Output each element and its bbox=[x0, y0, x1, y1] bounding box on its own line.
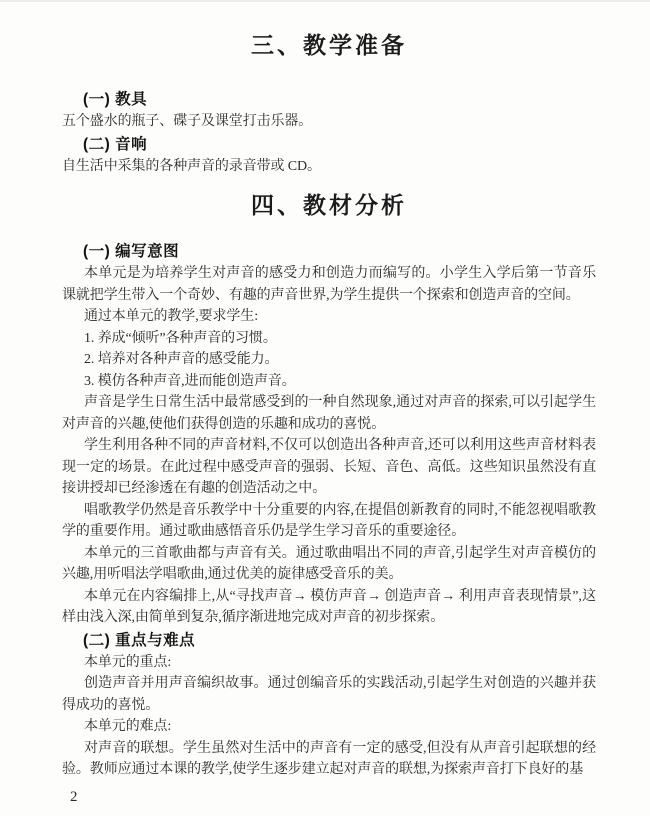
para-key-point-detail: 创造声音并用声音编织故事。通过创编音乐的实践活动,引起学生对创造的兴趣并获得成功… bbox=[62, 673, 596, 716]
section-title-material-analysis: 四、教材分析 bbox=[62, 190, 596, 222]
list-item-sound-perception: 2. 培养对各种声音的感受能力。 bbox=[62, 349, 596, 371]
heading-audio-equipment: (二) 音响 bbox=[62, 133, 596, 156]
list-item-imitate-create-sound: 3. 模仿各种声音,进而能创造声音。 bbox=[62, 371, 596, 393]
para-unit-purpose: 本单元是为培养学生对声音的感受力和创造力而编写的。小学生入学后第一节音乐课就把学… bbox=[62, 263, 596, 306]
para-sound-materials: 学生利用各种不同的声音材料,不仅可以创造出各种声音,还可以利用这些声音材料表现一… bbox=[62, 435, 596, 500]
list-item-habit-of-listening: 1. 养成“倾听”各种声音的习惯。 bbox=[62, 328, 596, 350]
para-singing-teaching: 唱歌教学仍然是音乐教学中十分重要的内容,在提倡创新教育的同时,不能忽视唱歌教学的… bbox=[62, 500, 596, 543]
para-audio-content: 自生活中采集的各种声音的录音带或 CD。 bbox=[62, 156, 596, 178]
heading-key-and-difficult-points: (二) 重点与难点 bbox=[62, 629, 596, 652]
para-teaching-aids-content: 五个盛水的瓶子、碟子及课堂打击乐器。 bbox=[62, 111, 596, 133]
para-difficult-point-detail: 对声音的联想。学生虽然对生活中的声音有一定的感受,但没有从声音引起联想的经验。教… bbox=[62, 738, 596, 781]
para-teaching-requirements-lead: 通过本单元的教学,要求学生: bbox=[62, 306, 596, 328]
heading-teaching-aids: (一) 教具 bbox=[62, 88, 596, 111]
para-content-arrangement: 本单元在内容编排上,从“寻找声音→ 模仿声音→ 创造声音→ 利用声音表现情景”,… bbox=[62, 586, 596, 629]
section-title-teaching-preparation: 三、教学准备 bbox=[62, 30, 596, 62]
page-number: 2 bbox=[70, 789, 78, 806]
para-key-point-lead: 本单元的重点: bbox=[62, 652, 596, 674]
book-page: 三、教学准备 (一) 教具 五个盛水的瓶子、碟子及课堂打击乐器。 (二) 音响 … bbox=[0, 0, 650, 816]
para-difficult-point-lead: 本单元的难点: bbox=[62, 716, 596, 738]
para-three-songs: 本单元的三首歌曲都与声音有关。通过歌曲唱出不同的声音,引起学生对声音模仿的兴趣,… bbox=[62, 543, 596, 586]
para-sound-phenomenon: 声音是学生日常生活中最常感受到的一种自然现象,通过对声音的探索,可以引起学生对声… bbox=[62, 392, 596, 435]
heading-writing-intent: (一) 编写意图 bbox=[62, 240, 596, 263]
